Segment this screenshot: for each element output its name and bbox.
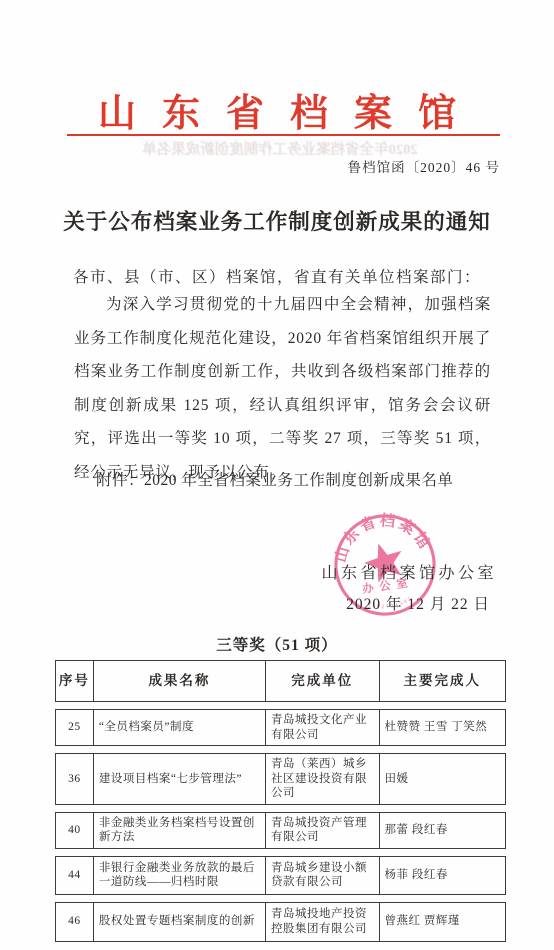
- signer-name: 山东省档案馆办公室: [321, 560, 497, 583]
- body-paragraph: 为深入学习贯彻党的十九届四中全会精神，加强档案业务工作制度化规范化建设，2020…: [74, 288, 491, 489]
- cell-people: 杨菲 段红春: [380, 857, 505, 894]
- cell-unit: 青岛（莱西）城乡社区建设投资有限公司: [266, 754, 380, 804]
- document-page: 山东省档案馆 2020年全省档案业务工作制度创新成果名单 鲁档馆函〔2020〕4…: [0, 0, 554, 950]
- cell-no: 36: [56, 754, 94, 804]
- table-row: 36 建设项目档案“七步管理法” 青岛（莱西）城乡社区建设投资有限公司 田媛: [55, 753, 506, 805]
- cell-unit: 青岛城投地产投资控股集团有限公司: [266, 903, 380, 941]
- cell-people: 田媛: [380, 754, 505, 804]
- cell-no: 46: [56, 903, 94, 941]
- cell-no: 44: [56, 857, 94, 894]
- table-header-row: 序号 成果名称 完成单位 主要完成人: [55, 660, 506, 702]
- table-row: 25 “全员档案员”制度 青岛城投文化产业有限公司 杜赞赞 王雪 丁笑然: [55, 709, 506, 746]
- awards-table: 序号 成果名称 完成单位 主要完成人 25 “全员档案员”制度 青岛城投文化产业…: [55, 660, 506, 942]
- table-row: 44 非银行金融类业务放款的最后一道防线——归档时限 青岛城乡建设小额贷款有限公…: [55, 856, 506, 895]
- cell-people: 曾燕红 贾辉瑾: [380, 903, 505, 941]
- attachment-line: 附件：2020 年全省档案业务工作制度创新成果名单: [96, 468, 453, 490]
- salutation-line: 各市、县（市、区）档案馆，省直有关单位档案部门：: [73, 265, 481, 287]
- cell-no: 25: [56, 710, 94, 745]
- cell-name: 非金融类业务档案档号设置创新方法: [94, 813, 266, 848]
- section-title: 三等奖（51 项）: [0, 633, 554, 655]
- doc-number: 鲁档馆函〔2020〕46 号: [348, 156, 500, 176]
- cell-unit: 青岛城投资产管理有限公司: [266, 813, 380, 848]
- signer-date: 2020 年 12 月 22 日: [346, 592, 490, 614]
- cell-unit: 青岛城投文化产业有限公司: [266, 710, 380, 745]
- table-row: 40 非金融类业务档案档号设置创新方法 青岛城投资产管理有限公司 那蕾 段红春: [55, 812, 506, 849]
- header-unit: 完成单位: [266, 661, 380, 701]
- notice-title: 关于公布档案业务工作制度创新成果的通知: [0, 205, 554, 236]
- cell-name: 建设项目档案“七步管理法”: [94, 754, 266, 804]
- cell-unit: 青岛城乡建设小额贷款有限公司: [266, 857, 380, 894]
- cell-name: 股权处置专题档案制度的创新: [94, 903, 266, 941]
- header-people: 主要完成人: [380, 661, 505, 701]
- cell-people: 那蕾 段红春: [380, 813, 505, 848]
- cell-name: “全员档案员”制度: [94, 710, 266, 745]
- cell-no: 40: [56, 813, 94, 848]
- cell-people: 杜赞赞 王雪 丁笑然: [380, 710, 505, 745]
- table-row: 46 股权处置专题档案制度的创新 青岛城投地产投资控股集团有限公司 曾燕红 贾辉…: [55, 902, 506, 942]
- header-name: 成果名称: [94, 661, 266, 701]
- cell-name: 非银行金融类业务放款的最后一道防线——归档时限: [94, 857, 266, 894]
- header-divider-line: [67, 134, 500, 136]
- header-no: 序号: [56, 661, 94, 701]
- org-title: 山东省档案馆: [0, 82, 554, 137]
